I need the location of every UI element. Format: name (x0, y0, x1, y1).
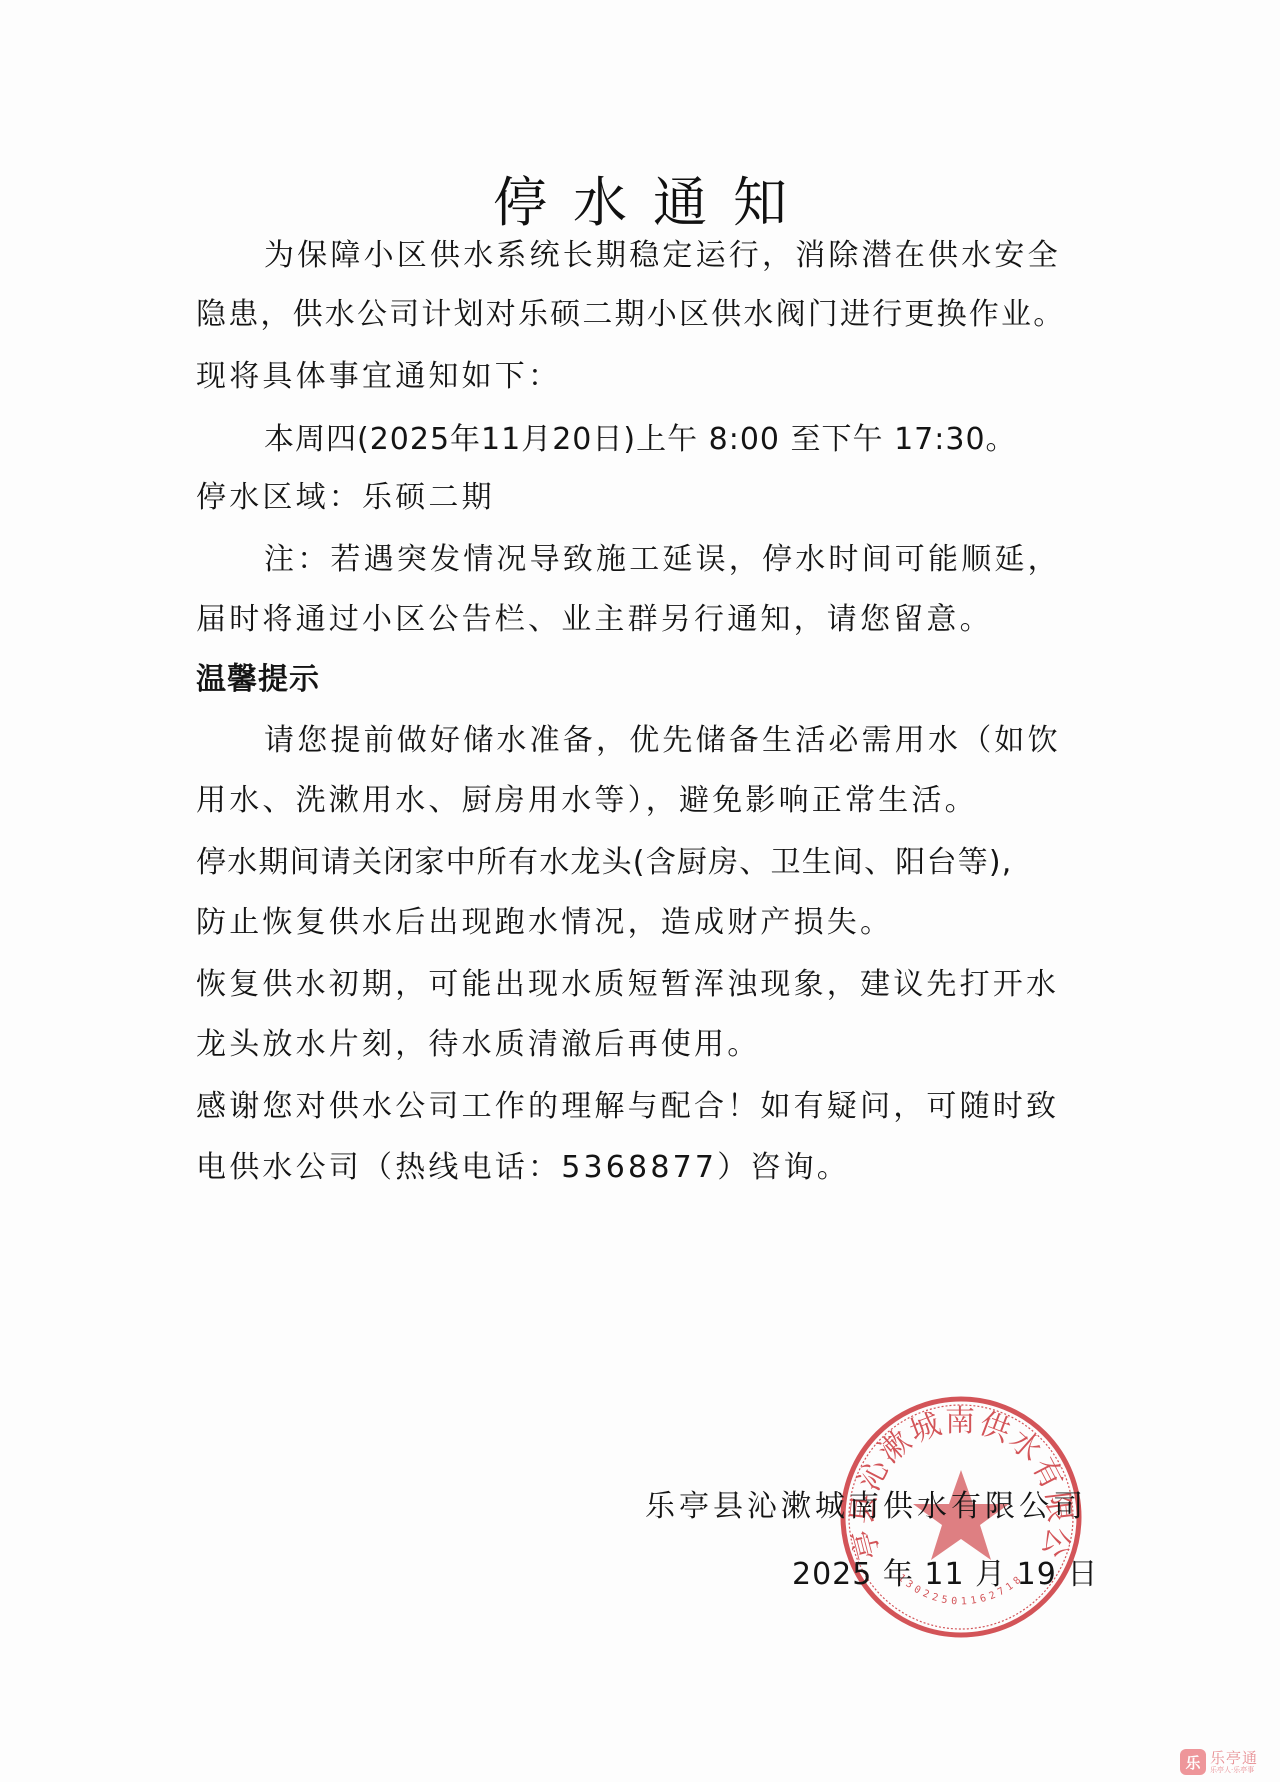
intro-line-1: 为保障小区供水系统长期稳定运行，消除潜在供水安全 (264, 236, 1061, 276)
watermark-logo-icon: 乐 (1180, 1749, 1206, 1775)
outage-area: 停水区域：乐硕二期 (196, 478, 495, 518)
signature-company: 乐亭县沁漱城南供水有限公司 (645, 1487, 1087, 1527)
notice-page: 停水通知 为保障小区供水系统长期稳定运行，消除潜在供水安全 隐患，供水公司计划对… (0, 0, 1280, 1782)
tip-line-1: 请您提前做好储水准备，优先储备生活必需用水（如饮 (264, 721, 1061, 761)
notice-title: 停水通知 (0, 168, 1280, 238)
note-line-2: 届时将通过小区公告栏、业主群另行通知，请您留意。 (196, 600, 993, 640)
tip-line-8: 电供水公司（热线电话：5368877）咨询。 (196, 1148, 850, 1188)
note-line-1: 注：若遇突发情况导致施工延误，停水时间可能顺延， (264, 540, 1061, 580)
tip-line-3: 停水期间请关闭家中所有水龙头(含厨房、卫生间、阳台等), (196, 843, 1013, 883)
tips-heading: 温馨提示 (196, 660, 320, 700)
outage-time: 本周四(2025年11月20日)上午 8:00 至下午 17:30。 (264, 420, 1017, 460)
app-watermark: 乐 乐亭通 乐亭人·乐亭事 (1180, 1745, 1276, 1779)
tip-line-6: 龙头放水片刻，待水质清澈后再使用。 (196, 1025, 760, 1065)
tip-line-4: 防止恢复供水后出现跑水情况，造成财产损失。 (196, 903, 893, 943)
intro-line-2: 隐患，供水公司计划对乐硕二期小区供水阀门进行更换作业。 (196, 295, 1065, 335)
tip-line-2: 用水、洗漱用水、厨房用水等），避免影响正常生活。 (196, 781, 978, 821)
tip-line-5: 恢复供水初期，可能出现水质短暂浑浊现象，建议先打开水 (196, 965, 1059, 1005)
watermark-name: 乐亭通 (1210, 1750, 1258, 1766)
signature-date: 2025 年 11 月 19 日 (792, 1555, 1098, 1595)
tip-line-7: 感谢您对供水公司工作的理解与配合！如有疑问，可随时致 (196, 1087, 1059, 1127)
intro-line-3: 现将具体事宜通知如下： (196, 357, 561, 397)
watermark-subtitle: 乐亭人·乐亭事 (1210, 1766, 1258, 1775)
